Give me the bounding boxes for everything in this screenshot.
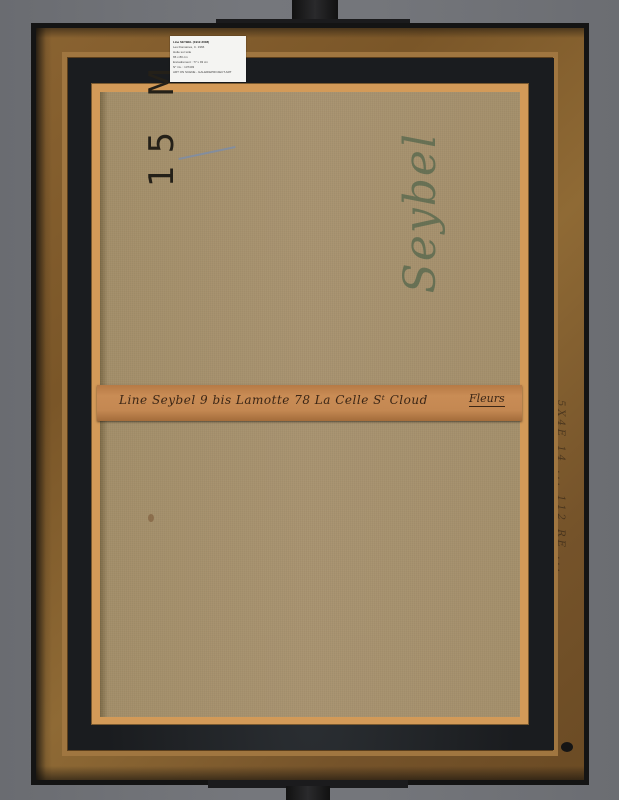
crossbar-title: Fleurs [469,392,505,407]
canvas-stain [148,514,154,522]
easel-post-bottom [286,786,330,800]
label-line-gallery: ART ON SCENE - GALERIEPROJECT.ART [173,70,243,75]
frame-damage-nick [561,742,573,752]
blue-mark [178,146,235,160]
canvas-green-signature: Seybel [395,132,446,293]
gallery-label: Line SEYBEL (1912-2008) Les Domaines, C.… [170,36,246,82]
stretcher-crossbar: Line Seybel 9 bis Lamotte 78 La Celle Sᵗ… [97,385,522,421]
crossbar-inscription: Line Seybel 9 bis Lamotte 78 La Celle Sᵗ… [119,393,439,407]
frame-side-inscription: 5X4E 14 ... 112 RE ... [555,400,566,575]
